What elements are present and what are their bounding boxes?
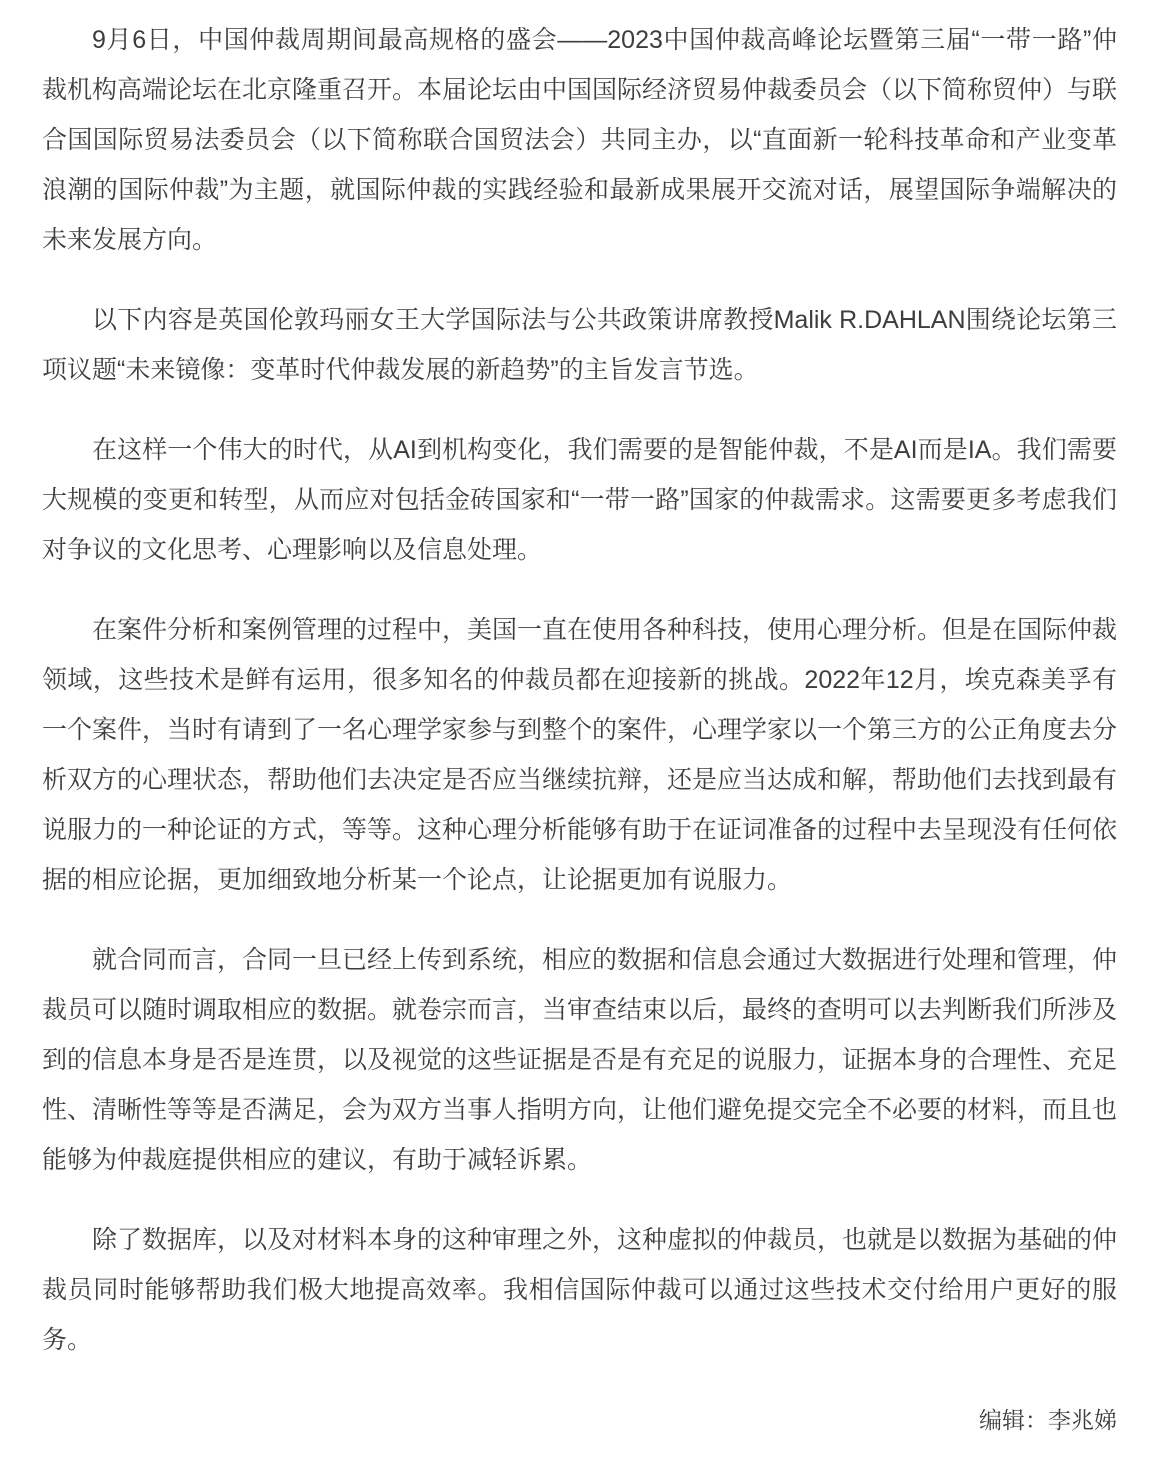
paragraph-1: 9月6日，中国仲裁周期间最高规格的盛会——2023中国仲裁高峰论坛暨第三届“一带…	[42, 15, 1117, 265]
paragraph-3: 在这样一个伟大的时代，从AI到机构变化，我们需要的是智能仲裁，不是AI而是IA。…	[42, 425, 1117, 575]
paragraph-4: 在案件分析和案例管理的过程中，美国一直在使用各种科技，使用心理分析。但是在国际仲…	[42, 605, 1117, 905]
editor-credit: 编辑：李兆娣	[42, 1395, 1117, 1445]
paragraph-2: 以下内容是英国伦敦玛丽女王大学国际法与公共政策讲席教授Malik R.DAHLA…	[42, 295, 1117, 395]
paragraph-6: 除了数据库，以及对材料本身的这种审理之外，这种虚拟的仲裁员，也就是以数据为基础的…	[42, 1215, 1117, 1365]
paragraph-5: 就合同而言，合同一旦已经上传到系统，相应的数据和信息会通过大数据进行处理和管理，…	[42, 935, 1117, 1185]
article-body: 9月6日，中国仲裁周期间最高规格的盛会——2023中国仲裁高峰论坛暨第三届“一带…	[0, 0, 1161, 1455]
